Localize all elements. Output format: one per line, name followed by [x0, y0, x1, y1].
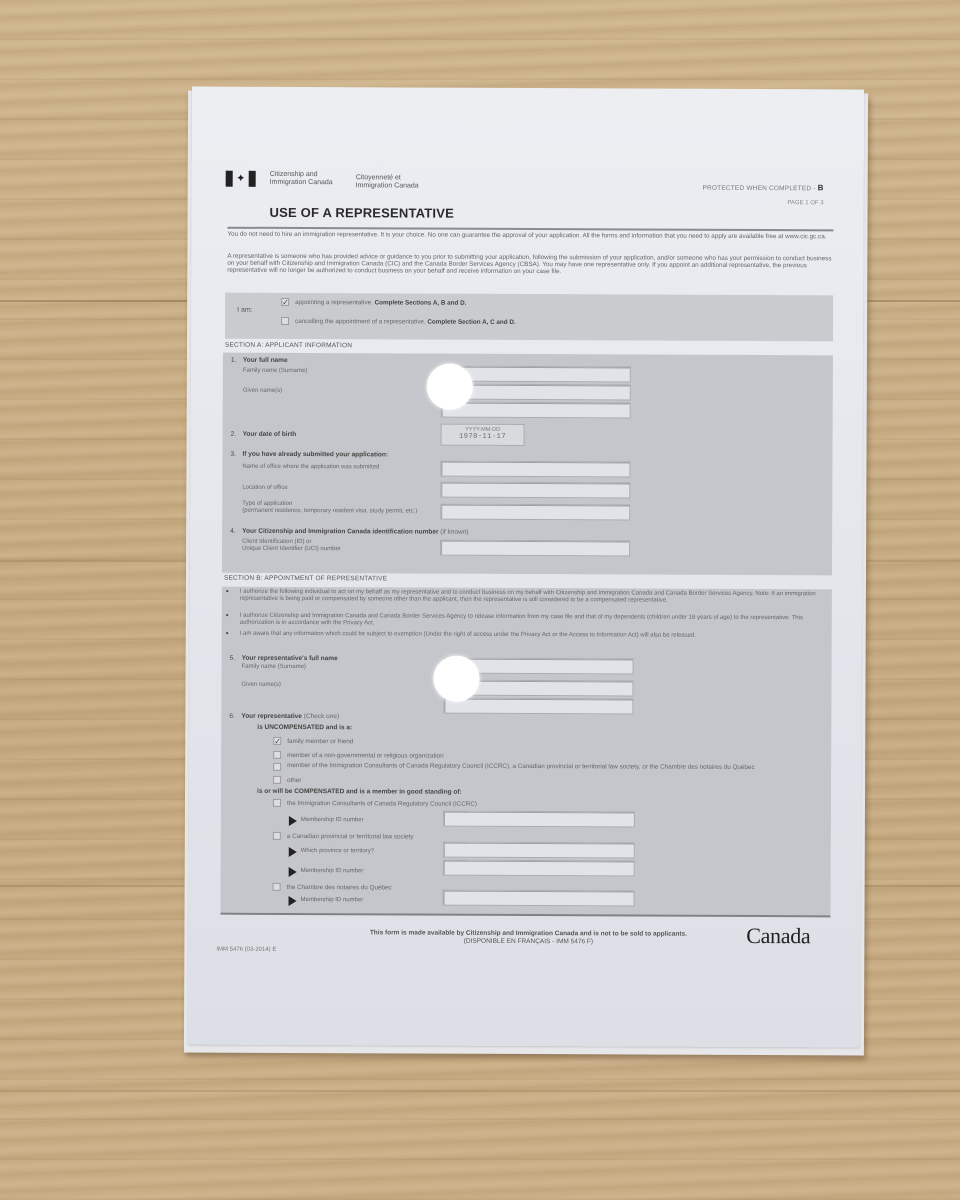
arrow-right-icon [289, 816, 297, 826]
question-number: 3. [230, 451, 235, 458]
section-b-box: I authorize the following individual to … [220, 587, 831, 916]
family-friend-label: family member or friend [287, 738, 353, 745]
agency-name-fr: Citoyenneté etImmigration Canada [356, 174, 419, 190]
iccrc-label: the Immigration Consultants of Canada Re… [287, 800, 477, 808]
i-am-box: I am: ✓ appointing a representative. Com… [225, 293, 833, 342]
notaires-label: the Chambre des notaires du Québec [287, 884, 392, 891]
canada-flag-icon: ✦ [226, 171, 256, 187]
office-location-input[interactable] [440, 482, 630, 499]
i-am-label: I am: [237, 307, 253, 314]
q3-title: If you have already submitted your appli… [242, 451, 388, 459]
section-b-heading: SECTION B: APPOINTMENT OF REPRESENTATIVE [224, 575, 387, 583]
authorization-statement: I am aware that any information which co… [226, 631, 818, 640]
other-checkbox[interactable] [273, 776, 281, 784]
date-of-birth-input[interactable]: YYYY-MM-DD 1970-11-17 [441, 424, 525, 446]
office-name-input[interactable] [440, 461, 630, 478]
family-name-label: Family name (Surname) [243, 368, 307, 375]
rep-given-name-input-2[interactable] [443, 698, 633, 715]
client-id-label: Client Identification (ID) or Unique Cli… [242, 539, 341, 553]
family-friend-checkbox[interactable]: ✓ [273, 737, 281, 745]
question-number: 2. [231, 431, 236, 438]
agency-name-en: Citizenship andImmigration Canada [270, 171, 333, 187]
q2-title: Your date of birth [243, 431, 297, 438]
notaires-membership-input[interactable] [443, 890, 635, 907]
table-plank-seam [0, 1090, 960, 1092]
question-number: 1. [231, 357, 236, 364]
given-name-input-2[interactable] [441, 402, 631, 419]
authorization-statement: I authorize Citizenship and Immigration … [226, 613, 818, 629]
client-id-input[interactable] [440, 540, 630, 557]
cancelling-checkbox[interactable] [281, 317, 289, 325]
cancelling-option-label: cancelling the appointment of a represen… [295, 318, 516, 326]
q1-title: Your full name [243, 357, 288, 364]
footer-note: This form is made available by Citizensh… [348, 929, 708, 947]
office-name-label: Name of office where the application was… [242, 464, 379, 472]
protected-status: PROTECTED WHEN COMPLETED - B [702, 183, 823, 193]
question-number: 5. [230, 655, 235, 662]
page-number: PAGE 1 OF 3 [787, 200, 823, 206]
iccrc-membership-label: Membership ID number [301, 817, 364, 824]
authorization-statement: I authorize the following individual to … [226, 589, 818, 605]
province-label: Which province or territory? [301, 848, 374, 855]
appointing-checkbox[interactable]: ✓ [281, 298, 289, 306]
given-name-label: Given name(s) [243, 388, 282, 395]
ngo-member-checkbox[interactable] [273, 751, 281, 759]
canada-wordmark: Canada [746, 923, 810, 949]
intro-paragraph-1: You do not need to hire an immigration r… [227, 231, 833, 241]
q4-title: Your Citizenship and Immigration Canada … [242, 528, 468, 536]
form-code: IMM 5476 (03-2014) E [216, 947, 276, 953]
form-page: ✦ Citizenship andImmigration Canada Cito… [188, 87, 864, 1048]
province-input[interactable] [443, 842, 635, 859]
law-society-membership-input[interactable] [443, 860, 635, 877]
arrow-right-icon [289, 847, 297, 857]
intro-paragraph-2: A representative is someone who has prov… [227, 253, 833, 277]
arrow-right-icon [289, 896, 297, 906]
redaction-circle [427, 364, 473, 410]
question-number: 6. [229, 713, 234, 720]
appointing-option-label: appointing a representative. Complete Se… [295, 299, 466, 307]
iccrc-uncomp-label: member of the Immigration Consultants of… [287, 762, 807, 771]
compensated-heading: is or will be COMPENSATED and is a membe… [257, 788, 462, 796]
law-society-label: a Canadian provincial or territorial law… [287, 833, 414, 841]
office-location-label: Location of office [242, 485, 287, 492]
notaires-membership-label: Membership ID number [301, 897, 364, 904]
iccrc-membership-input[interactable] [443, 811, 635, 828]
iccrc-uncomp-checkbox[interactable] [273, 763, 281, 771]
section-a-box: 1. Your full name Family name (Surname) … [222, 353, 833, 576]
q6-title: Your representative (Check one) [241, 713, 339, 720]
q5-title: Your representative's full name [242, 655, 338, 662]
ngo-member-label: member of a non-governmental or religiou… [287, 752, 443, 760]
law-society-checkbox[interactable] [273, 832, 281, 840]
other-label: other [287, 777, 301, 784]
question-number: 4. [230, 528, 235, 535]
notaires-checkbox[interactable] [273, 883, 281, 891]
form-title: USE OF A REPRESENTATIVE [270, 205, 455, 221]
rep-family-name-label: Family name (Surname) [242, 664, 306, 671]
rep-given-name-label: Given name(s) [241, 682, 280, 689]
iccrc-checkbox[interactable] [273, 799, 281, 807]
uncompensated-heading: is UNCOMPENSATED and is a: [257, 724, 352, 731]
section-a-heading: SECTION A: APPLICANT INFORMATION [225, 342, 352, 350]
application-type-input[interactable] [440, 504, 630, 521]
arrow-right-icon [289, 867, 297, 877]
redaction-circle [433, 656, 479, 702]
law-society-membership-label: Membership ID number [301, 868, 364, 875]
application-type-label: Type of application (permanent residence… [242, 501, 417, 516]
